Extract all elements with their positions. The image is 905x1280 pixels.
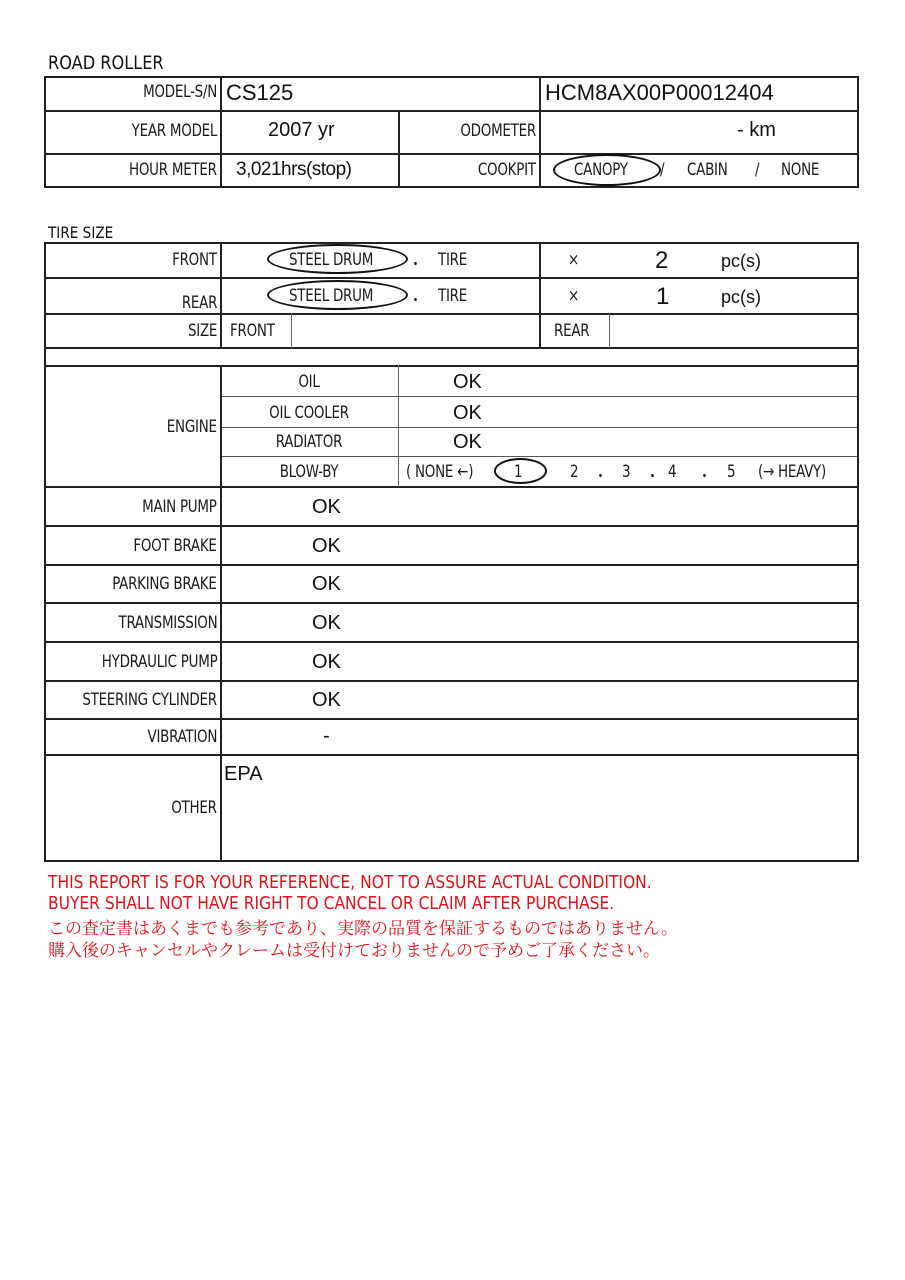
engine-oil-value: OK	[453, 371, 482, 394]
tire-front-label: FRONT	[172, 250, 217, 270]
blow-by-level-2: 2	[570, 462, 578, 482]
front-option-tire: TIRE	[438, 250, 467, 270]
rear-option-steel-drum: STEEL DRUM	[289, 286, 373, 306]
main-pump-label: MAIN PUMP	[143, 497, 217, 517]
blow-by-label: BLOW-BY	[231, 462, 388, 482]
rear-separator: ・	[408, 286, 423, 311]
cockpit-separator: /	[755, 160, 759, 180]
serial-number-value: HCM8AX00P00012404	[545, 80, 774, 106]
other-value: EPA	[224, 763, 263, 786]
steering-cylinder-label: STEERING CYLINDER	[83, 690, 217, 710]
cockpit-option-cabin: CABIN	[687, 160, 728, 180]
rear-option-tire: TIRE	[438, 286, 467, 306]
front-option-steel-drum: STEEL DRUM	[289, 250, 373, 270]
disclaimer-line-1: THIS REPORT IS FOR YOUR REFERENCE, NOT T…	[48, 872, 652, 893]
engine-radiator-value: OK	[453, 431, 482, 454]
rear-quantity: 1	[656, 283, 669, 311]
foot-brake-value: OK	[312, 535, 341, 558]
size-rear-label: REAR	[554, 321, 589, 341]
steering-cylinder-value: OK	[312, 689, 341, 712]
model-value: CS125	[226, 80, 293, 106]
blow-by-separator: ・	[593, 462, 608, 487]
vibration-label: VIBRATION	[147, 727, 217, 747]
foot-brake-label: FOOT BRAKE	[134, 536, 217, 556]
odometer-value: - km	[737, 119, 776, 142]
front-times: ×	[568, 250, 579, 270]
front-quantity: 2	[655, 247, 668, 275]
blow-by-level-5: 5	[727, 462, 735, 482]
engine-oil-cooler-label: OIL COOLER	[231, 403, 388, 423]
cockpit-option-none: NONE	[781, 160, 819, 180]
transmission-value: OK	[312, 612, 341, 635]
hydraulic-pump-label: HYDRAULIC PUMP	[101, 652, 217, 672]
hour-meter-label: HOUR METER	[129, 160, 217, 180]
engine-oil-label: OIL	[231, 372, 388, 392]
parking-brake-label: PARKING BRAKE	[113, 574, 217, 594]
engine-oil-cooler-value: OK	[453, 402, 482, 425]
rear-unit: pc(s)	[721, 287, 761, 308]
blow-by-separator: ・	[645, 462, 660, 487]
year-model-label: YEAR MODEL	[132, 121, 217, 141]
blow-by-suffix: (→ HEAVY)	[758, 462, 826, 482]
cockpit-label: COOKPIT	[478, 160, 536, 180]
size-front-label: FRONT	[230, 321, 275, 341]
front-separator: ・	[408, 250, 423, 275]
odometer-label: ODOMETER	[460, 121, 536, 141]
engine-label: ENGINE	[167, 417, 217, 437]
engine-radiator-label: RADIATOR	[231, 432, 388, 452]
blow-by-level-4: 4	[668, 462, 676, 482]
blow-by-separator: ・	[697, 462, 712, 487]
cockpit-separator: /	[660, 160, 664, 180]
blow-by-level-1: 1	[514, 462, 522, 482]
hydraulic-pump-value: OK	[312, 651, 341, 674]
front-unit: pc(s)	[721, 251, 761, 272]
tire-size-title: TIRE SIZE	[48, 223, 113, 242]
size-label: SIZE	[188, 321, 217, 341]
hour-meter-value: 3,021hrs(stop)	[236, 159, 352, 181]
cockpit-option-canopy: CANOPY	[574, 160, 628, 180]
vibration-value: -	[323, 725, 330, 748]
transmission-label: TRANSMISSION	[118, 613, 217, 633]
blow-by-level-3: 3	[622, 462, 630, 482]
parking-brake-value: OK	[312, 573, 341, 596]
model-sn-label: MODEL-S/N	[143, 82, 217, 102]
main-pump-value: OK	[312, 496, 341, 519]
disclaimer-line-4: 購入後のキャンセルやクレームは受付けておりませんので予めご了承ください。	[48, 936, 660, 961]
other-label: OTHER	[172, 798, 217, 818]
rear-times: ×	[568, 286, 579, 306]
blow-by-prefix: ( NONE ←)	[406, 462, 473, 482]
tire-rear-label: REAR	[182, 293, 217, 313]
disclaimer-line-2: BUYER SHALL NOT HAVE RIGHT TO CANCEL OR …	[48, 893, 614, 914]
year-model-value: 2007 yr	[268, 119, 335, 142]
document-title: ROAD ROLLER	[48, 52, 164, 74]
